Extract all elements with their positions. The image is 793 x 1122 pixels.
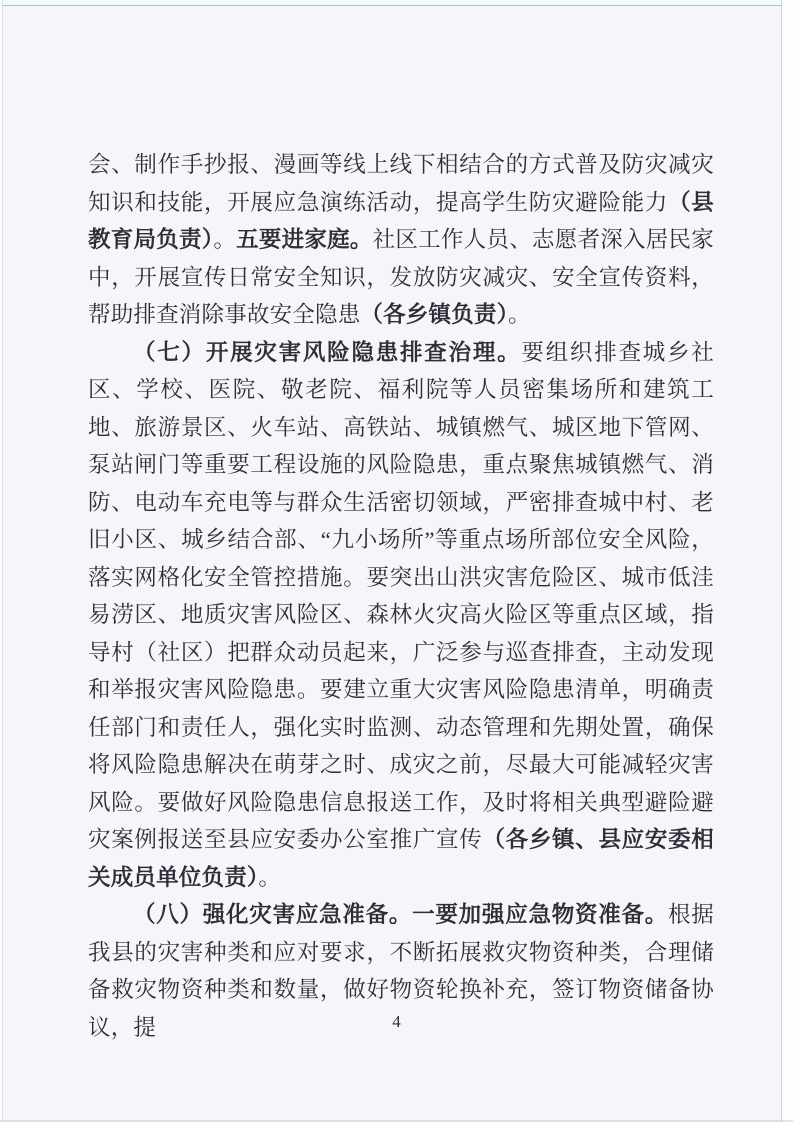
scan-edge-left [0, 0, 3, 1122]
paragraph: （七）开展灾害风险隐患排查治理。要组织排查城乡社区、学校、医院、敬老院、福利院等… [88, 334, 714, 897]
text-segment: 要组织排查城乡社区、学校、医院、敬老院、福利院等人员密集场所和建筑工地、旅游景区… [88, 340, 714, 853]
paragraph: 会、制作手抄报、漫画等线上线下相结合的方式普及防灾减灾知识和技能，开展应急演练活… [88, 146, 714, 334]
document-body: 会、制作手抄报、漫画等线上线下相结合的方式普及防灾减灾知识和技能，开展应急演练活… [88, 146, 714, 1046]
bold-text-segment: （八）强化灾害应急准备。一要加强应急物资准备。 [133, 902, 668, 927]
document-page: 会、制作手抄报、漫画等线上线下相结合的方式普及防灾减灾知识和技能，开展应急演练活… [0, 0, 793, 1122]
scan-edge-top [0, 0, 793, 6]
bold-text-segment: （七）开展灾害风险隐患排查治理。 [133, 340, 521, 365]
text-segment: 。 [213, 227, 236, 252]
scan-edge-right [781, 0, 793, 1122]
text-segment: 会、制作手抄报、漫画等线上线下相结合的方式普及防灾减灾知识和技能，开展应急演练活… [88, 152, 714, 215]
text-segment: 。 [258, 865, 281, 890]
text-segment: 。 [508, 302, 531, 327]
bold-text-segment: （各乡镇负责） [360, 302, 508, 327]
bold-text-segment: 五要进家庭。 [236, 227, 373, 252]
page-number: 4 [0, 1012, 793, 1032]
